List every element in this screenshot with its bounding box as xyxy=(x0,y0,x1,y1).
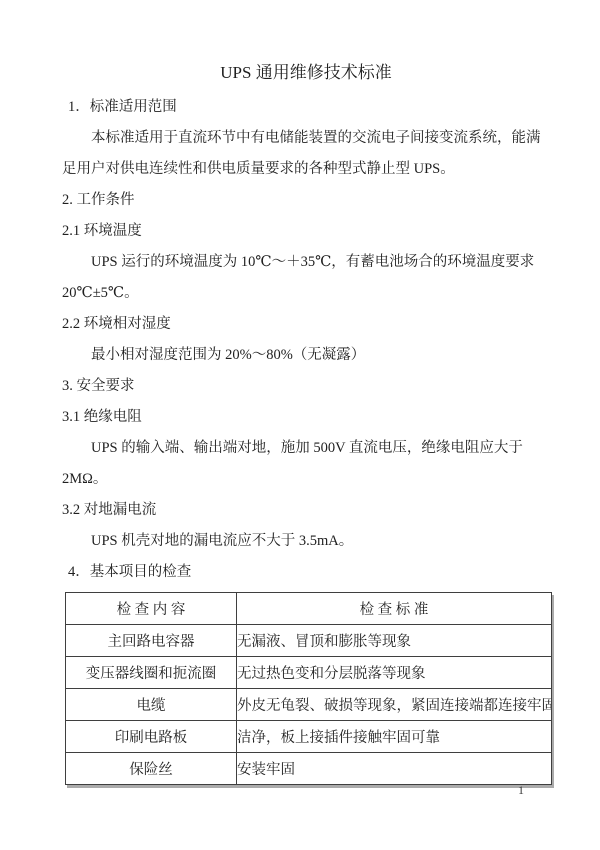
section-2-1-heading: 2.1 环境温度 xyxy=(62,216,550,247)
section-3-2-paragraph-line-1: UPS 机壳对地的漏电流应不大于 3.5mA。 xyxy=(62,526,550,557)
table-header-row: 检 查 内 容 检 查 标 准 xyxy=(66,593,552,625)
section-2-1-paragraph-line-1: UPS 运行的环境温度为 10℃～＋35℃，有蓄电池场合的环境温度要求 xyxy=(62,247,550,278)
section-3-1-paragraph-line-1: UPS 的输入端、输出端对地，施加 500V 直流电压，绝缘电阻应大于 xyxy=(62,433,550,464)
section-2-2-heading: 2.2 环境相对湿度 xyxy=(62,309,550,340)
table-cell-standard: 无漏液、冒顶和膨胀等现象 xyxy=(237,625,552,657)
table-row: 主回路电容器 无漏液、冒顶和膨胀等现象 xyxy=(66,625,552,657)
document-title: UPS 通用维修技术标准 xyxy=(62,54,550,92)
table-cell-item: 电缆 xyxy=(66,689,237,721)
table-row: 电缆 外皮无龟裂、破损等现象，紧固连接端都连接牢固 xyxy=(66,689,552,721)
table-cell-standard: 无过热色变和分层脱落等现象 xyxy=(237,657,552,689)
section-2-1-paragraph-line-2: 20℃±5℃。 xyxy=(62,278,550,309)
table-cell-standard: 安装牢固 xyxy=(237,753,552,785)
page-number: 1 xyxy=(518,783,524,798)
table-header-check-standard: 检 查 标 准 xyxy=(237,593,552,625)
table-row: 变压器线圈和扼流圈 无过热色变和分层脱落等现象 xyxy=(66,657,552,689)
section-3-1-paragraph-line-2: 2MΩ。 xyxy=(62,464,550,495)
table-cell-item: 印刷电路板 xyxy=(66,721,237,753)
table-row: 保险丝 安装牢固 xyxy=(66,753,552,785)
section-3-1-heading: 3.1 绝缘电阻 xyxy=(62,402,550,433)
table-row: 印刷电路板 洁净，板上接插件接触牢固可靠 xyxy=(66,721,552,753)
section-4-heading: 4．基本项目的检查 xyxy=(62,557,550,588)
section-2-2-paragraph-line-1: 最小相对湿度范围为 20%～80%（无凝露） xyxy=(62,340,550,371)
section-1-paragraph-line-2: 足用户对供电连续性和供电质量要求的各种型式静止型 UPS。 xyxy=(62,154,550,185)
document-page: UPS 通用维修技术标准 1．标准适用范围 本标准适用于直流环节中有电储能装置的… xyxy=(0,0,600,850)
section-3-heading: 3. 安全要求 xyxy=(62,371,550,402)
section-1-paragraph-line-1: 本标准适用于直流环节中有电储能装置的交流电子间接变流系统，能满 xyxy=(62,123,550,154)
table-cell-item: 变压器线圈和扼流圈 xyxy=(66,657,237,689)
table-cell-item: 主回路电容器 xyxy=(66,625,237,657)
inspection-table: 检 查 内 容 检 查 标 准 主回路电容器 无漏液、冒顶和膨胀等现象 变压器线… xyxy=(65,592,552,785)
table-cell-item: 保险丝 xyxy=(66,753,237,785)
table-header-check-content: 检 查 内 容 xyxy=(66,593,237,625)
section-3-2-heading: 3.2 对地漏电流 xyxy=(62,495,550,526)
section-1-heading: 1．标准适用范围 xyxy=(62,92,550,123)
table-cell-standard: 洁净，板上接插件接触牢固可靠 xyxy=(237,721,552,753)
table-cell-standard: 外皮无龟裂、破损等现象，紧固连接端都连接牢固 xyxy=(237,689,552,721)
section-2-heading: 2. 工作条件 xyxy=(62,185,550,216)
